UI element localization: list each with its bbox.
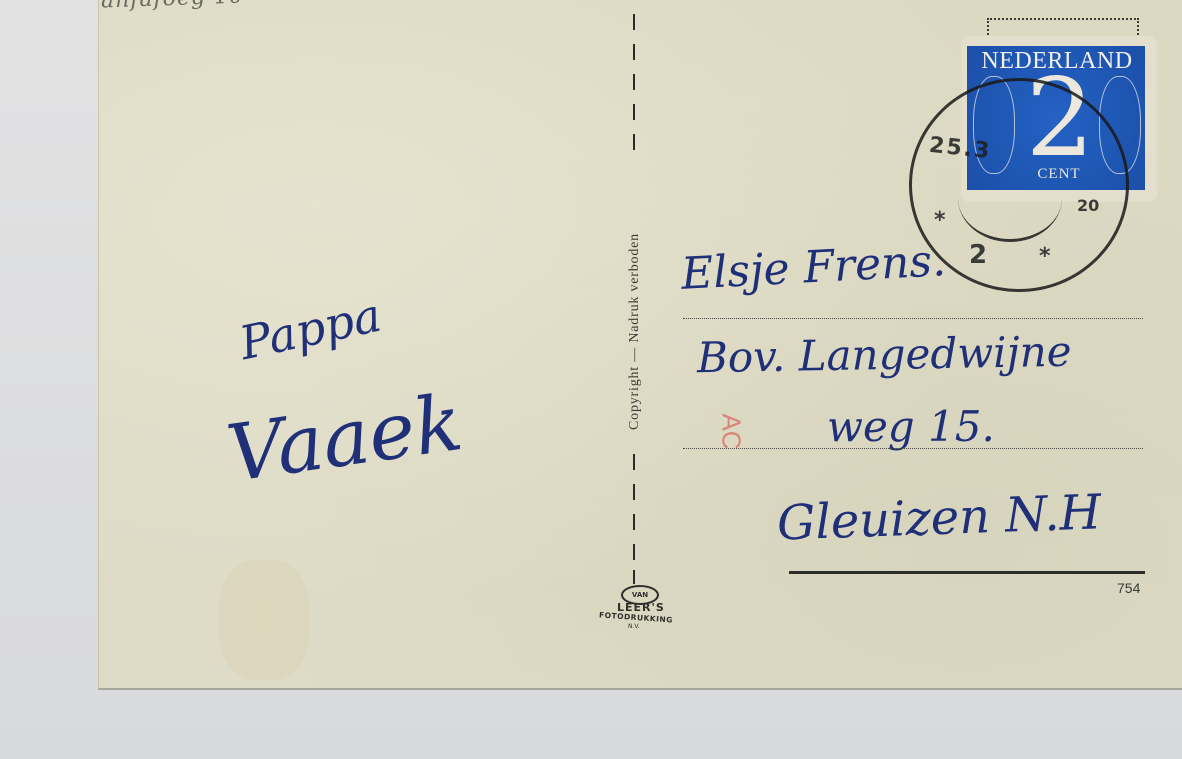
postmark-star-icon: * bbox=[1039, 244, 1051, 269]
address-recipient: Elsje Frens. bbox=[680, 235, 947, 300]
signature-line-2: Vaaek bbox=[222, 378, 468, 500]
postmark-star-icon: * bbox=[934, 208, 946, 233]
signature-line-1: Pappa bbox=[235, 288, 386, 370]
red-mark: AC bbox=[716, 413, 747, 449]
postmark-inner-arc bbox=[958, 155, 1062, 242]
postmark-office-number: 2 bbox=[969, 240, 987, 270]
address-street-number: weg 15. bbox=[827, 402, 995, 451]
address-line-1 bbox=[683, 318, 1143, 319]
postcard: anfafoeg 10 Copyright — Nadruk verboden … bbox=[98, 0, 1182, 690]
address-line-3 bbox=[789, 571, 1145, 574]
copyright-notice: Copyright — Nadruk verboden bbox=[627, 160, 643, 430]
logo-suffix: N.V. bbox=[628, 623, 640, 630]
publisher-logo: VAN LEER'S FOTODRUKKING N.V. bbox=[599, 585, 675, 633]
top-handwritten-note: anfafoeg 10 bbox=[101, 0, 245, 13]
card-number: 754 bbox=[1117, 580, 1140, 596]
address-city: Gleuizen N.H bbox=[776, 484, 1102, 551]
address-street: Bov. Langedwijne bbox=[697, 327, 1072, 383]
paper-stain bbox=[219, 560, 309, 680]
address-line-2 bbox=[683, 448, 1143, 449]
postmark-time: 20 bbox=[1077, 196, 1099, 215]
